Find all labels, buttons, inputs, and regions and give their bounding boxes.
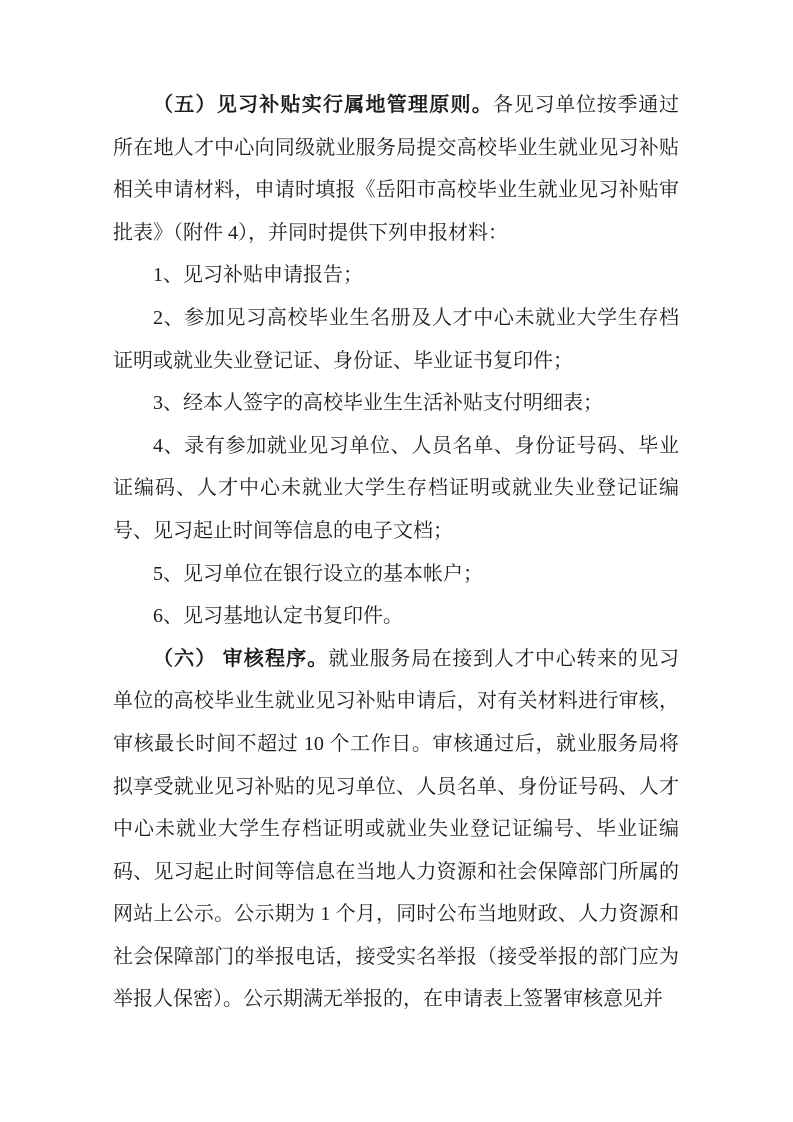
paragraph-section-5-text: 各见习单位按季通过所在地人才中心向同级就业服务局提交高校毕业生就业见习补贴相关申…	[113, 94, 679, 244]
paragraph-section-6: （六） 审核程序。就业服务局在接到人才中心转来的见习单位的高校毕业生就业见习补贴…	[113, 638, 679, 1021]
list-item-5-text: 5、见习单位在银行设立的基本帐户；	[153, 563, 483, 585]
list-item-1: 1、见习补贴申请报告；	[113, 254, 679, 297]
list-item-5: 5、见习单位在银行设立的基本帐户；	[113, 553, 679, 596]
paragraph-section-6-text: 就业服务局在接到人才中心转来的见习单位的高校毕业生就业见习补贴申请后，对有关材料…	[113, 648, 679, 1011]
list-item-1-text: 1、见习补贴申请报告；	[153, 264, 363, 286]
list-item-6: 6、见习基地认定书复印件。	[113, 595, 679, 638]
list-item-6-text: 6、见习基地认定书复印件。	[153, 605, 403, 627]
document-body: （五）见习补贴实行属地管理原则。各见习单位按季通过所在地人才中心向同级就业服务局…	[113, 84, 679, 1021]
document-page: （五）见习补贴实行属地管理原则。各见习单位按季通过所在地人才中心向同级就业服务局…	[0, 0, 793, 1122]
paragraph-section-5-heading: （五）见习补贴实行属地管理原则。	[153, 94, 493, 116]
paragraph-section-5: （五）见习补贴实行属地管理原则。各见习单位按季通过所在地人才中心向同级就业服务局…	[113, 84, 679, 254]
list-item-4-text: 4、录有参加就业见习单位、人员名单、身份证号码、毕业证编码、人才中心未就业大学生…	[113, 435, 679, 542]
list-item-3-text: 3、经本人签字的高校毕业生生活补贴支付明细表；	[153, 392, 603, 414]
list-item-4: 4、录有参加就业见习单位、人员名单、身份证号码、毕业证编码、人才中心未就业大学生…	[113, 425, 679, 553]
paragraph-section-6-heading: （六） 审核程序。	[153, 648, 328, 670]
list-item-3: 3、经本人签字的高校毕业生生活补贴支付明细表；	[113, 382, 679, 425]
list-item-2: 2、参加见习高校毕业生名册及人才中心未就业大学生存档证明或就业失业登记证、身份证…	[113, 297, 679, 382]
list-item-2-text: 2、参加见习高校毕业生名册及人才中心未就业大学生存档证明或就业失业登记证、身份证…	[113, 307, 679, 372]
